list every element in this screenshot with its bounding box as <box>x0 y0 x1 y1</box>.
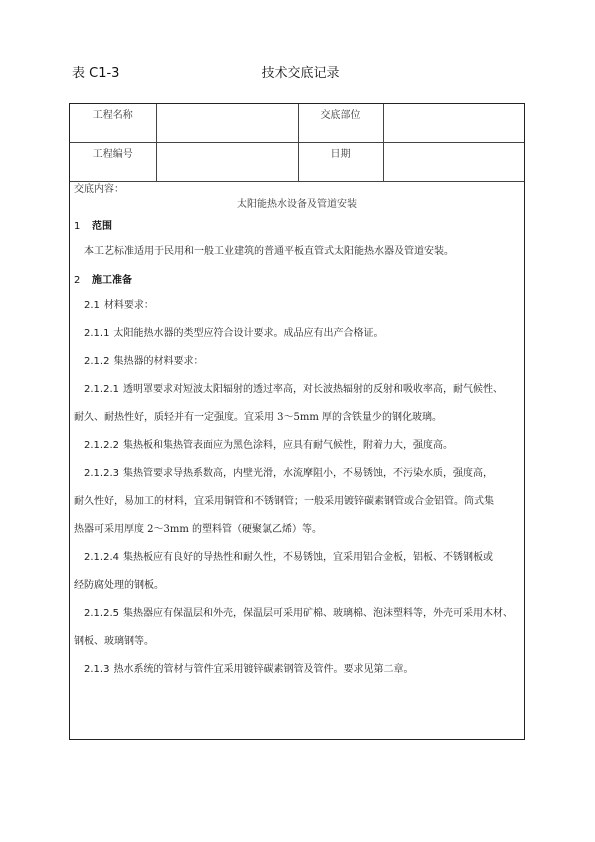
clause-number: 2.1 <box>84 300 100 311</box>
clause-number: 2.1.2.1 <box>84 384 119 395</box>
date-label: 日期 <box>298 143 383 182</box>
project-name-label: 工程名称 <box>70 104 156 143</box>
paragraph-text: 耐久、耐热性好，质轻并有一定强度。宜采用 3～5mm 厚的含铁量少的钢化玻璃。 <box>74 412 442 423</box>
paragraph-2-1-2: 2.1.2集热器的材料要求： <box>74 348 520 376</box>
section-number: 1 <box>74 220 92 234</box>
project-number-label: 工程编号 <box>70 143 156 182</box>
document-title: 技术交底记录 <box>0 62 595 81</box>
table-row: 工程编号 日期 <box>70 143 524 182</box>
paragraph-continuation: 耐久、耐热性好，质轻并有一定强度。宜采用 3～5mm 厚的含铁量少的钢化玻璃。 <box>74 404 520 432</box>
paragraph-2-1-2-3: 2.1.2.3集热管要求导热系数高，内壁光滑，水流摩阻小，不易锈蚀，不污染水质，… <box>74 460 520 488</box>
paragraph-2-1-2-5: 2.1.2.5集热器应有保温层和外壳，保温层可采用矿棉、玻璃棉、泡沫塑料等，外壳… <box>74 600 520 628</box>
section-title: 施工准备 <box>92 275 132 286</box>
paragraph-text: 透明罩要求对短波太阳辐射的透过率高，对长波热辐射的反射和吸收率高，耐气候性、 <box>123 384 503 395</box>
paragraph-2-1-2-4: 2.1.2.4集热板应有良好的导热性和耐久性，不易锈蚀，宜采用铝合金板，铝板、不… <box>74 544 520 572</box>
clause-number: 2.1.2.3 <box>84 468 119 479</box>
clause-number: 2.1.2.4 <box>84 552 119 563</box>
paragraph-text: 集热板应有良好的导热性和耐久性，不易锈蚀，宜采用铝合金板，铝板、不锈钢板或 <box>123 552 493 563</box>
paragraph-text: 钢板、玻璃钢等。 <box>74 636 154 647</box>
paragraph-2-1-1: 2.1.1太阳能热水器的类型应符合设计要求。成品应有出产合格证。 <box>74 320 520 348</box>
section-heading-preparation: 2施工准备 <box>74 274 520 288</box>
content-subtitle: 太阳能热水设备及管道安装 <box>74 198 520 212</box>
paragraph-text: 经防腐处理的钢板。 <box>74 580 164 591</box>
paragraph-continuation: 钢板、玻璃钢等。 <box>74 628 520 656</box>
paragraph-text: 集热器应有保温层和外壳，保温层可采用矿棉、玻璃棉、泡沫塑料等，外壳可采用木材、 <box>123 608 513 619</box>
paragraph-2-1-2-1: 2.1.2.1透明罩要求对短波太阳辐射的透过率高，对长波热辐射的反射和吸收率高，… <box>74 376 520 404</box>
paragraph-text: 集热管要求导热系数高，内壁光滑，水流摩阻小，不易锈蚀，不污染水质，强度高， <box>123 468 493 479</box>
project-name-field[interactable] <box>156 104 298 143</box>
paragraph-text: 太阳能热水器的类型应符合设计要求。成品应有出产合格证。 <box>113 328 383 339</box>
section-number: 2 <box>74 274 92 288</box>
content-label: 交底内容： <box>74 183 520 197</box>
paragraph-continuation: 经防腐处理的钢板。 <box>74 572 520 600</box>
project-info-table: 工程名称 交底部位 工程编号 日期 <box>70 104 524 182</box>
paragraph-text: 集热板和集热管表面应为黑色涂料，应具有耐气候性，附着力大，强度高。 <box>123 440 453 451</box>
paragraph-2-1: 2.1材料要求： <box>74 292 520 320</box>
clause-number: 2.1.2.2 <box>84 440 119 451</box>
paragraph-continuation: 耐久性好，易加工的材料，宜采用铜管和不锈钢管；一般采用镀锌碳素钢管或合金铝管。筒… <box>74 488 520 516</box>
paragraph-2-1-3: 2.1.3热水系统的管材与管件宜采用镀锌碳素钢管及管件。要求见第二章。 <box>74 656 520 684</box>
technical-disclosure-form: 工程名称 交底部位 工程编号 日期 交底内容： 太阳能热水设备及管道安装 1范围… <box>69 103 525 740</box>
paragraph-text: 热水系统的管材与管件宜采用镀锌碳素钢管及管件。要求见第二章。 <box>113 664 413 675</box>
project-number-field[interactable] <box>156 143 298 182</box>
paragraph-text: 集热器的材料要求： <box>113 356 203 367</box>
date-field[interactable] <box>383 143 524 182</box>
paragraph-text: 本工艺标准适用于民用和一般工业建筑的普通平板直管式太阳能热水器及管道安装。 <box>84 246 454 257</box>
disclosure-location-label: 交底部位 <box>298 104 383 143</box>
paragraph-text: 热器可采用厚度 2～3mm 的塑料管（硬聚氯乙烯）等。 <box>74 524 322 535</box>
disclosure-content: 交底内容： 太阳能热水设备及管道安装 1范围 本工艺标准适用于民用和一般工业建筑… <box>70 183 524 684</box>
paragraph-2-1-2-2: 2.1.2.2集热板和集热管表面应为黑色涂料，应具有耐气候性，附着力大，强度高。 <box>74 432 520 460</box>
clause-number: 2.1.2.5 <box>84 608 119 619</box>
paragraph-text: 材料要求： <box>104 300 154 311</box>
disclosure-location-field[interactable] <box>383 104 524 143</box>
table-row: 工程名称 交底部位 <box>70 104 524 143</box>
section-heading-scope: 1范围 <box>74 220 520 234</box>
paragraph-continuation: 热器可采用厚度 2～3mm 的塑料管（硬聚氯乙烯）等。 <box>74 516 520 544</box>
paragraph-text: 耐久性好，易加工的材料，宜采用铜管和不锈钢管；一般采用镀锌碳素钢管或合金铝管。筒… <box>74 496 494 507</box>
paragraph: 本工艺标准适用于民用和一般工业建筑的普通平板直管式太阳能热水器及管道安装。 <box>74 238 520 266</box>
section-title: 范围 <box>92 221 112 232</box>
clause-number: 2.1.3 <box>84 664 109 675</box>
clause-number: 2.1.1 <box>84 328 109 339</box>
clause-number: 2.1.2 <box>84 356 109 367</box>
